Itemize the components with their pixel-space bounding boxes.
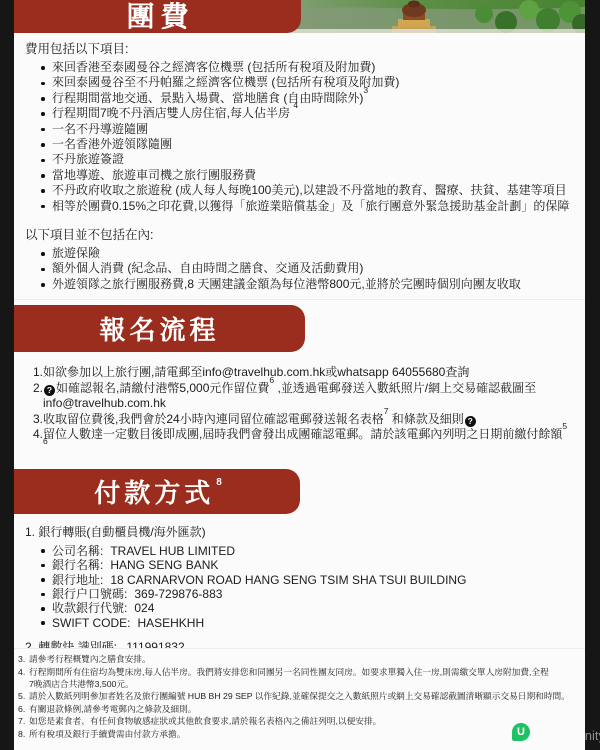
section-divider xyxy=(14,299,585,300)
bank-detail-label: 公司名稱: xyxy=(52,544,103,558)
payment-title-footnote-ref: 8 xyxy=(216,477,222,488)
fee-included-list: 來回香港至泰國曼谷之經濟客位機票 (包括所有稅項及附加費)來回泰國曼谷至不丹帕羅… xyxy=(25,60,575,214)
fee-included-item: 不丹政府收取之旅遊稅 (成人每人每晚100美元),以建設不丹當地的教育、醫療、扶… xyxy=(38,183,575,198)
footnote: 6.有關退款條例,請參考電郵內之條款及細則。 xyxy=(18,703,579,715)
fee-included-item: 當地導遊、旅遊車司機之旅行團服務費 xyxy=(38,168,575,183)
item-number: 5. xyxy=(18,690,29,702)
excluded-heading: 以下項目並不包括在內: xyxy=(25,228,575,243)
footnote: 7.如您是素食者、有任何食物敏感症狀或其他飲食要求,請於報名表格內之備註列明,以… xyxy=(18,715,579,727)
footnote-ref: 3 xyxy=(363,85,368,95)
fee-excluded-item: 額外個人消費 (紀念品、自由時間之膳食、交通及活動費用) xyxy=(38,261,575,276)
item-number: 3. xyxy=(18,653,29,665)
fee-included-item: 來回泰國曼谷至不丹帕羅之經濟客位機票 (包括所有稅項及附加費) xyxy=(38,75,575,90)
bank-detail-row: 公司名稱:TRAVEL HUB LIMITED xyxy=(38,544,575,558)
bank-detail-value: 18 CARNARVON ROAD HANG SENG TSIM SHA TSU… xyxy=(110,573,466,587)
hero-strip: 團費 xyxy=(14,0,585,33)
registration-step: 1.如欲參加以上旅行團,請電郵至info@travelhub.com.hk或wh… xyxy=(33,365,573,380)
item-number: 8. xyxy=(18,728,29,740)
watermark-text: nity xyxy=(585,728,600,743)
bank-transfer-heading: 1. 銀行轉賬(自動櫃員機/海外匯款) xyxy=(25,525,575,540)
item-text: 收取留位費後,我們會於24小時內連同留位確認電郵發送報名表格7 和條款及細則? xyxy=(43,412,573,427)
bank-detail-label: 銀行名稱: xyxy=(52,558,103,572)
included-heading: 費用包括以下項目: xyxy=(25,42,575,57)
payment-banner: 付款方式8 xyxy=(14,469,300,514)
payment-section: 1. 銀行轉賬(自動櫃員機/海外匯款) 公司名稱:TRAVEL HUB LIMI… xyxy=(14,514,585,655)
fee-section-title: 團費 xyxy=(126,0,194,33)
item-text: 有關退款條例,請參考電郵內之條款及細則。 xyxy=(29,703,579,715)
registration-step: 4.留位人數達一定數目後即成團,屆時我們會發出成團確認電郵。請於該電郵內列明之日… xyxy=(33,427,573,458)
bank-details-list: 公司名稱:TRAVEL HUB LIMITED銀行名稱:HANG SENG BA… xyxy=(25,544,575,630)
payment-title: 付款方式 xyxy=(94,473,214,510)
footnote: 5.請於入數紙列明參加者姓名及旅行團編號 HUB BH 29 SEP 以作紀錄,… xyxy=(18,690,579,702)
bank-detail-value: TRAVEL HUB LIMITED xyxy=(110,544,235,558)
item-number: 4. xyxy=(18,666,29,691)
flyer-page: 團費 費用包括以下項目: 來回香港至泰國曼谷之經濟客位機票 (包括所有稅項及附加… xyxy=(0,0,600,750)
bank-detail-row: 銀行地址:18 CARNARVON ROAD HANG SENG TSIM SH… xyxy=(38,573,575,587)
bank-detail-label: 收款銀行代號: xyxy=(52,601,127,615)
footnote-ref: 7 xyxy=(384,406,389,416)
bank-detail-row: 銀行名稱:HANG SENG BANK xyxy=(38,558,575,572)
footnote: 8.所有稅項及銀行手續費需由付款方承擔。 xyxy=(18,728,579,740)
registration-banner: 報名流程 xyxy=(14,305,305,352)
item-text: 請參考行程概覽內之膳食安排。 xyxy=(29,653,579,665)
fee-included-item: 相等於團費0.15%之印花費,以獲得「旅遊業賠償基金」及「旅行團意外緊急援助基金… xyxy=(38,199,575,214)
u-lifestyle-logo-icon: U xyxy=(512,723,530,741)
bank-detail-value: 369-729876-883 xyxy=(134,587,222,601)
fee-included-item: 來回香港至泰國曼谷之經濟客位機票 (包括所有稅項及附加費) xyxy=(38,60,575,75)
item-text: 行程期間所有住宿均為雙床房,每人佔半房。我們將安排您和同團另一名同性團友同房。如… xyxy=(29,666,579,691)
fee-excluded-item: 旅遊保險 xyxy=(38,246,575,261)
bank-detail-row: 收款銀行代號:024 xyxy=(38,601,575,615)
fee-included-item: 一名不丹導遊隨團 xyxy=(38,122,575,137)
item-text: 請於入數紙列明參加者姓名及旅行團編號 HUB BH 29 SEP 以作紀錄,並確… xyxy=(29,690,579,702)
footnote-ref: 4 xyxy=(293,100,298,110)
item-number: 1. xyxy=(33,365,43,380)
fee-included-item: 行程期間7晚不丹酒店雙人房住宿,每人佔半房 4 xyxy=(38,106,575,121)
bank-detail-value: HANG SENG BANK xyxy=(110,558,218,572)
question-icon[interactable]: ? xyxy=(44,385,55,396)
content-frame: 團費 費用包括以下項目: 來回香港至泰國曼谷之經濟客位機票 (包括所有稅項及附加… xyxy=(14,0,585,750)
fee-excluded-item: 外遊領隊之旅行團服務費,8 天團建議金額為每位港幣800元,並將於完團時個別向團… xyxy=(38,277,575,292)
bank-detail-row: 銀行户口號碼:369-729876-883 xyxy=(38,587,575,601)
item-number: 6. xyxy=(18,703,29,715)
bank-detail-label: 銀行户口號碼: xyxy=(52,587,127,601)
footnote: 3.請參考行程概覽內之膳食安排。 xyxy=(18,653,579,665)
item-number: 4. xyxy=(33,427,43,458)
fee-included-item: 一名香港外遊領隊隨團 xyxy=(38,137,575,152)
item-number: 2. xyxy=(33,381,43,412)
footnotes: 3.請參考行程概覽內之膳食安排。4.行程期間所有住宿均為雙床房,每人佔半房。我們… xyxy=(14,648,585,750)
bank-detail-label: 銀行地址: xyxy=(52,573,103,587)
registration-title: 報名流程 xyxy=(99,310,219,347)
bank-detail-row: SWIFT CODE:HASEHKHH xyxy=(38,616,575,630)
item-text: 所有稅項及銀行手續費需由付款方承擔。 xyxy=(29,728,579,740)
question-icon[interactable]: ? xyxy=(465,416,476,427)
fee-included-item: 行程期間當地交通、景點入場費、當地膳食 (自由時間除外)3 xyxy=(38,91,575,106)
fee-included-item: 不丹旅遊簽證 xyxy=(38,152,575,167)
registration-steps: 1.如欲參加以上旅行團,請電郵至info@travelhub.com.hk或wh… xyxy=(14,352,585,457)
item-text: 如欲參加以上旅行團,請電郵至info@travelhub.com.hk或what… xyxy=(43,365,573,380)
item-text: 如您是素食者、有任何食物敏感症狀或其他飲食要求,請於報名表格內之備註列明,以便安… xyxy=(29,715,579,727)
bank-detail-value: HASEHKHH xyxy=(137,616,204,630)
fee-excluded-list: 旅遊保險額外個人消費 (紀念品、自由時間之膳食、交通及活動費用)外遊領隊之旅行團… xyxy=(25,246,575,292)
registration-step: 2.?如確認報名,請繳付港幣5,000元作留位費6 ,並透過電郵發送入數紙照片/… xyxy=(33,381,573,412)
fee-section-banner: 團費 xyxy=(14,0,301,33)
footnote-ref: 6 xyxy=(269,375,274,385)
item-number: 7. xyxy=(18,715,29,727)
registration-step: 3.收取留位費後,我們會於24小時內連同留位確認電郵發送報名表格7 和條款及細則… xyxy=(33,412,573,427)
item-text: 留位人數達一定數目後即成團,屆時我們會發出成團確認電郵。請於該電郵內列明之日期前… xyxy=(43,427,573,458)
footnote: 4.行程期間所有住宿均為雙床房,每人佔半房。我們將安排您和同團另一名同性團友同房… xyxy=(18,666,579,691)
logo-letter: U xyxy=(517,726,525,738)
bank-detail-label: SWIFT CODE: xyxy=(52,616,130,630)
bank-detail-value: 024 xyxy=(134,601,154,615)
item-number: 3. xyxy=(33,412,43,427)
item-text: ?如確認報名,請繳付港幣5,000元作留位費6 ,並透過電郵發送入數紙照片/網上… xyxy=(43,381,573,412)
fee-section: 費用包括以下項目: 來回香港至泰國曼谷之經濟客位機票 (包括所有稅項及附加費)來… xyxy=(14,33,585,292)
